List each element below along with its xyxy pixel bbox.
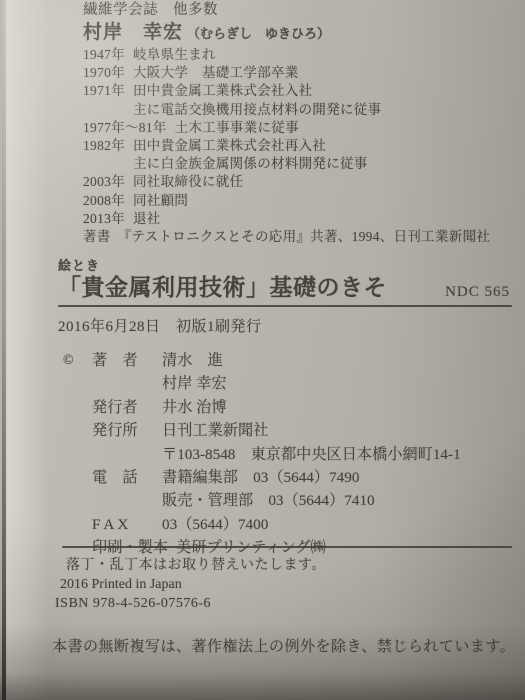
colophon-section: © 著 者 清水 進 村岸 幸宏 発行者 井水 治博 発行所 日刊工業新聞社 〒…	[63, 349, 461, 560]
bio-event: 退社	[133, 210, 161, 228]
reproduction-notice: 本書の無断複写は、著作権法上の例外を除き、禁じられています。	[52, 635, 515, 656]
page-edge-highlight	[0, 0, 48, 700]
bio-timeline-row: 1982年 田中貴金属工業株式会社再入社	[83, 137, 490, 155]
title-row: 「貴金属利用技術」基礎のきそ NDC 565	[58, 274, 512, 302]
isbn-number: ISBN 978-4-526-07576-6	[55, 594, 515, 613]
bio-year: 1977年〜81年	[83, 119, 175, 137]
colophon-label: F A X	[92, 513, 162, 536]
bio-event: 同社顧問	[133, 192, 188, 210]
colophon-value: 井水 治博	[162, 396, 227, 419]
bio-year: 1982年	[83, 137, 133, 155]
author-bio-section: 繊維学会誌 他多数 村岸 幸宏（むらぎし ゆきひろ） 1947年 岐阜県生まれ …	[83, 0, 490, 246]
colophon-label: 発行所	[92, 419, 162, 466]
book-title: 「貴金属利用技術」基礎のきそ	[58, 274, 387, 302]
bio-timeline-row: 2013年 退社	[83, 210, 490, 228]
bio-timeline-row: 1977年〜81年 土木工事事業に従事	[83, 119, 490, 137]
colophon-row: 発行所 日刊工業新聞社 〒103-8548 東京都中央区日本橋小網町14-1	[63, 419, 461, 466]
bio-event: 岐阜県生まれ	[133, 46, 216, 64]
bio-year: 2013年	[83, 210, 133, 228]
colophon-row: 発行者 井水 治博	[63, 396, 461, 419]
bio-year	[83, 101, 133, 119]
series-label: 絵とき	[58, 258, 512, 273]
book-colophon-photo: 繊維学会誌 他多数 村岸 幸宏（むらぎし ゆきひろ） 1947年 岐阜県生まれ …	[0, 0, 525, 700]
bio-event: 主に白金族金属関係の材料開発に従事	[133, 155, 368, 173]
footer-section: 落丁・乱丁本はお取り替えいたします。 2016 Printed in Japan…	[52, 556, 515, 656]
bio-year: 2003年	[83, 173, 133, 191]
bio-event: 同社取締役に就任	[133, 173, 243, 191]
colophon-value: 日刊工業新聞社	[162, 419, 461, 442]
bio-event: 主に電話交換機用接点材料の開発に従事	[133, 101, 381, 119]
colophon-value: 書籍編集部 03（5644）7490	[162, 466, 375, 489]
title-rule	[58, 305, 512, 307]
bio-timeline-row: 1970年 大阪大学 基礎工学部卒業	[83, 64, 490, 82]
bio-timeline-row: 1947年 岐阜県生まれ	[83, 46, 490, 64]
bio-year: 1970年	[83, 64, 133, 82]
colophon-label: 著 者	[92, 349, 162, 396]
bio-timeline-row: 2008年 同社顧問	[83, 192, 490, 210]
colophon-label: 発行者	[92, 396, 162, 419]
bio-timeline-row: 主に電話交換機用接点材料の開発に従事	[83, 101, 490, 119]
author-kana: （むらぎし ゆきひろ）	[187, 26, 330, 41]
bio-event: 田中貴金属工業株式会社入社	[133, 82, 312, 100]
bio-event: 大阪大学 基礎工学部卒業	[133, 64, 299, 82]
replacement-note: 落丁・乱丁本はお取り替えいたします。	[66, 556, 515, 575]
bio-year: 2008年	[83, 192, 133, 210]
colophon-value: 03（5644）7400	[162, 513, 268, 536]
bio-timeline-row: 1971年 田中貴金属工業株式会社入社	[83, 82, 490, 100]
bio-timeline-row: 主に白金族金属関係の材料開発に従事	[83, 155, 490, 173]
colophon-row: F A X 03（5644）7400	[63, 513, 461, 536]
bio-event: 田中貴金属工業株式会社再入社	[133, 137, 326, 155]
colophon-value: 清水 進	[162, 349, 227, 372]
bio-timeline-row: 2003年 同社取締役に就任	[83, 173, 490, 191]
colophon-row: © 著 者 清水 進 村岸 幸宏	[63, 349, 461, 396]
spine-shadow-line	[2, 0, 6, 700]
bio-year	[83, 155, 133, 173]
printed-in-japan: 2016 Printed in Japan	[60, 575, 515, 594]
copyright-symbol: ©	[63, 349, 92, 396]
bio-year: 1947年	[83, 46, 133, 64]
title-section: 絵とき 「貴金属利用技術」基礎のきそ NDC 565 2016年6月28日 初版…	[58, 258, 512, 336]
colophon-value: 〒103-8548 東京都中央区日本橋小網町14-1	[162, 443, 461, 466]
colophon-value: 村岸 幸宏	[162, 372, 227, 395]
colophon-rule	[62, 546, 512, 548]
ndc-code: NDC 565	[445, 282, 512, 302]
journal-note: 繊維学会誌 他多数	[83, 0, 490, 18]
colophon-value: 販売・管理部 03（5644）7410	[162, 489, 375, 512]
bio-year: 1971年	[83, 82, 133, 100]
bio-event: 土木工事事業に従事	[175, 119, 299, 137]
author-heading: 村岸 幸宏（むらぎし ゆきひろ）	[83, 21, 490, 46]
colophon-label: 電 話	[92, 466, 162, 513]
author-books-line: 著書 『テストロニクスとその応用』共著、1994、日刊工業新聞社	[83, 228, 490, 246]
edition-date-line: 2016年6月28日 初版1刷発行	[58, 315, 512, 336]
colophon-row: 電 話 書籍編集部 03（5644）7490 販売・管理部 03（5644）74…	[63, 466, 461, 513]
author-name: 村岸 幸宏	[83, 22, 183, 43]
